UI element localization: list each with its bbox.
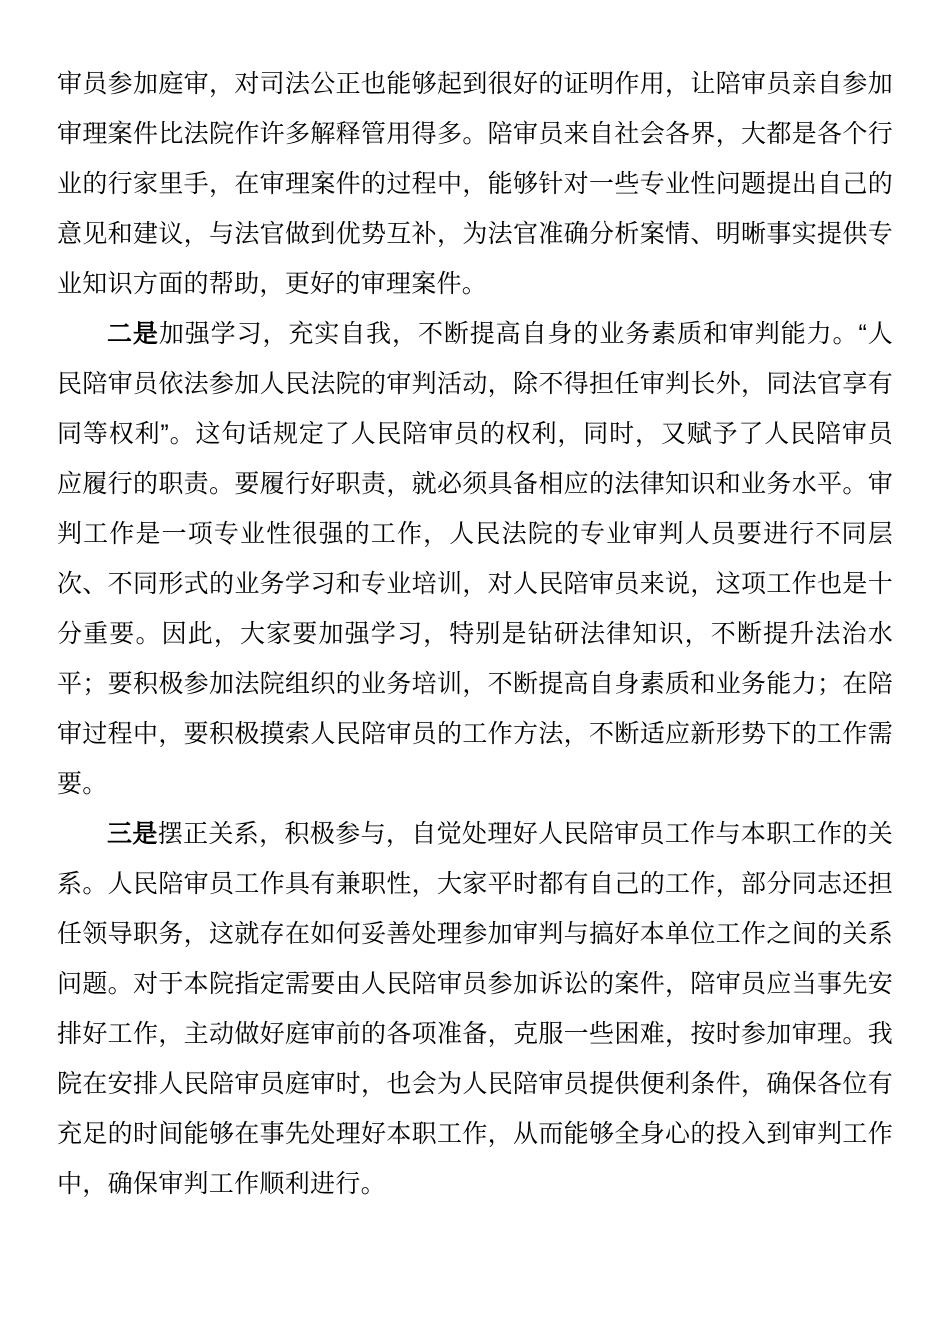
paragraph-text-run: 摆正关系，积极参与，自觉处理好人民陪审员工作与本职工作的关系。人民陪审员工作具有… [57,820,893,1198]
paragraph-text-run: 加强学习，充实自我，不断提高自身的业务素质和审判能力。“人民陪审员依法参加人民法… [57,320,893,798]
paragraph-lead-emphasis: 三是 [107,820,158,848]
document-body: 审员参加庭审，对司法公正也能够起到很好的证明作用，让陪审员亲自参加审理案件比法院… [57,59,893,1209]
paragraph: 三是摆正关系，积极参与，自觉处理好人民陪审员工作与本职工作的关系。人民陪审员工作… [57,809,893,1209]
paragraph: 二是加强学习，充实自我，不断提高自身的业务素质和审判能力。“人民陪审员依法参加人… [57,309,893,809]
paragraph-lead-emphasis: 二是 [107,320,159,348]
paragraph-text-run: 审员参加庭审，对司法公正也能够起到很好的证明作用，让陪审员亲自参加审理案件比法院… [57,70,893,298]
paragraph: 审员参加庭审，对司法公正也能够起到很好的证明作用，让陪审员亲自参加审理案件比法院… [57,59,893,309]
document-page: 审员参加庭审，对司法公正也能够起到很好的证明作用，让陪审员亲自参加审理案件比法院… [0,0,950,1344]
